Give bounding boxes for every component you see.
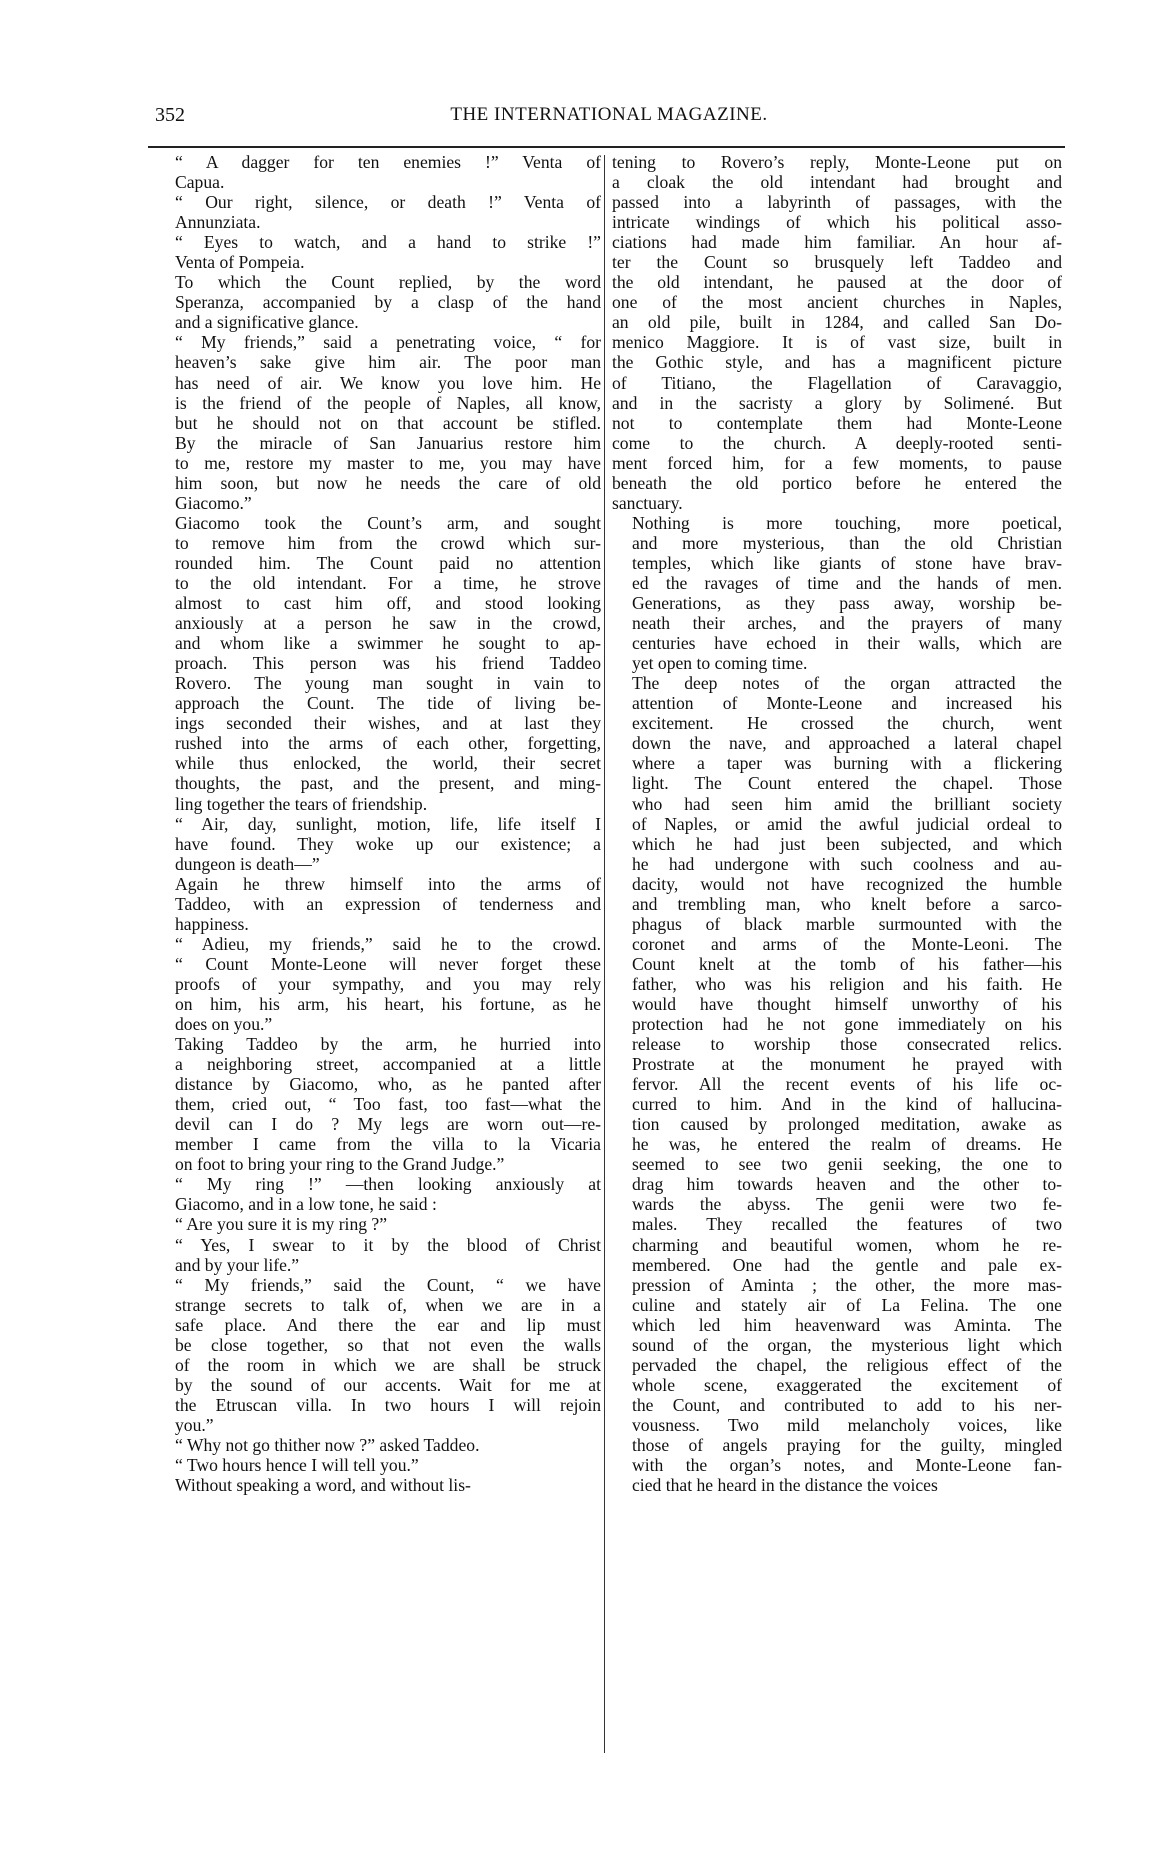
text-line: Generations, as they pass away, worship … [612,593,1062,613]
text-line: Annunziata. [155,212,601,232]
text-line: a neighboring street, accompanied at a l… [155,1054,601,1074]
text-line: of Titiano, the Flagellation of Caravagg… [612,373,1062,393]
text-line: of the room in which we are shall be str… [155,1355,601,1375]
text-line: and a significative glance. [155,312,601,332]
text-line: is the friend of the people of Naples, a… [155,393,601,413]
text-line: the Count, and contributed to add to his… [612,1395,1062,1415]
paragraph: The deep notes of the organ attracted th… [612,673,1062,1495]
text-line: The deep notes of the organ attracted th… [612,673,1062,693]
paragraph: “ Adieu, my friends,” said he to the cro… [155,934,601,1034]
text-line: ling together the tears of friendship. [155,794,601,814]
text-line: almost to cast him off, and stood lookin… [155,593,601,613]
text-line: seemed to see two genii seeking, the one… [612,1154,1062,1174]
text-line: “ Count Monte-Leone will never forget th… [155,954,601,974]
text-line: and by your life.” [155,1255,601,1275]
text-line: temples, which like giants of stone have… [612,553,1062,573]
text-line: down the nave, and approached a lateral … [612,733,1062,753]
text-line: to the old intendant. For a time, he str… [155,573,601,593]
text-line: and more mysterious, than the old Christ… [612,533,1062,553]
text-line: an old pile, built in 1284, and called S… [612,312,1062,332]
text-line: proofs of your sympathy, and you may rel… [155,974,601,994]
text-line: tion caused by prolonged meditation, awa… [612,1114,1062,1134]
text-line: and whom like a swimmer he sought to ap- [155,633,601,653]
paragraph: “ A dagger for ten enemies !” Venta ofCa… [155,152,601,192]
text-line: safe place. And there the ear and lip mu… [155,1315,601,1335]
text-line: pression of Aminta ; the other, the more… [612,1275,1062,1295]
text-line: phagus of black marble surmounted with t… [612,914,1062,934]
text-line: anxiously at a person he saw in the crow… [155,613,601,633]
text-line: approach the Count. The tide of living b… [155,693,601,713]
text-line: heaven’s sake give him air. The poor man [155,352,601,372]
text-line: Venta of Pompeia. [155,252,601,272]
text-line: of Naples, or amid the awful judicial or… [612,814,1062,834]
text-line: Giacomo, and in a low tone, he said : [155,1194,601,1214]
text-line: he had undergone with such coolness and … [612,854,1062,874]
text-line: where a taper was burning with a flicker… [612,753,1062,773]
text-line: tening to Rovero’s reply, Monte-Leone pu… [612,152,1062,172]
text-line: but he should not on that account be sti… [155,413,601,433]
text-line: membered. One had the gentle and pale ex… [612,1255,1062,1275]
text-line: intricate windings of which his politica… [612,212,1062,232]
text-line: strange secrets to talk of, when we are … [155,1295,601,1315]
text-line: have found. They woke up our existence; … [155,834,601,854]
text-line: happiness. [155,914,601,934]
text-line: Speranza, accompanied by a clasp of the … [155,292,601,312]
text-line: “ Yes, I swear to it by the blood of Chr… [155,1235,601,1255]
text-line: proach. This person was his friend Tadde… [155,653,601,673]
text-line: To which the Count replied, by the word [155,272,601,292]
text-line: beneath the old portico before he entere… [612,473,1062,493]
text-line: on him, his arm, his heart, his fortune,… [155,994,601,1014]
paragraph: Again he threw himself into the arms ofT… [155,874,601,934]
paragraph: “ My friends,” said the Count, “ we have… [155,1275,601,1435]
text-line: coronet and arms of the Monte-Leoni. The [612,934,1062,954]
text-line: those of angels praying for the guilty, … [612,1435,1062,1455]
text-line: Taddeo, with an expression of tenderness… [155,894,601,914]
text-line: Count knelt at the tomb of his father—hi… [612,954,1062,974]
text-line: the old intendant, he paused at the door… [612,272,1062,292]
text-line: excitement. He crossed the church, went [612,713,1062,733]
text-line: Prostrate at the monument he prayed with [612,1054,1062,1074]
text-line: ed the ravages of time and the hands of … [612,573,1062,593]
column-divider [604,155,605,1753]
text-line: he was, he entered the realm of dreams. … [612,1134,1062,1154]
text-line: not to contemplate them had Monte-Leone [612,413,1062,433]
text-line: “ My friends,” said a penetrating voice,… [155,332,601,352]
text-line: whole scene, exaggerated the excitement … [612,1375,1062,1395]
paragraph: “ Are you sure it is my ring ?” [155,1214,601,1234]
paragraph: tening to Rovero’s reply, Monte-Leone pu… [612,152,1062,513]
right-column: tening to Rovero’s reply, Monte-Leone pu… [612,152,1062,1495]
text-line: devil can I do ? My legs are worn out—re… [155,1114,601,1134]
text-line: thoughts, the past, and the present, and… [155,773,601,793]
text-line: who had seen him amid the brilliant soci… [612,794,1062,814]
text-line: menico Maggiore. It is of vast size, bui… [612,332,1062,352]
text-line: one of the most ancient churches in Napl… [612,292,1062,312]
text-line: “ Are you sure it is my ring ?” [155,1214,601,1234]
text-line: by the sound of our accents. Wait for me… [155,1375,601,1395]
paragraph: Taking Taddeo by the arm, he hurried int… [155,1034,601,1174]
paragraph: Nothing is more touching, more poetical,… [612,513,1062,673]
text-line: rounded him. The Count paid no attention [155,553,601,573]
text-line: on foot to bring your ring to the Grand … [155,1154,601,1174]
text-line: distance by Giacomo, who, as he panted a… [155,1074,601,1094]
text-line: cied that he heard in the distance the v… [612,1475,1062,1495]
text-line: sound of the organ, the mysterious light… [612,1335,1062,1355]
magazine-title: THE INTERNATIONAL MAGAZINE. [155,104,1063,126]
text-line: to remove him from the crowd which sur- [155,533,601,553]
text-line: ter the Count so brusquely left Taddeo a… [612,252,1062,272]
paragraph: “ Eyes to watch, and a hand to strike !”… [155,232,601,272]
text-line: light. The Count entered the chapel. Tho… [612,773,1062,793]
text-line: be close together, so that not even the … [155,1335,601,1355]
text-line: Nothing is more touching, more poetical, [612,513,1062,533]
text-line: charming and beautiful women, whom he re… [612,1235,1062,1255]
text-line: attention of Monte-Leone and increased h… [612,693,1062,713]
text-line: By the miracle of San Januarius restore … [155,433,601,453]
paragraph: To which the Count replied, by the wordS… [155,272,601,332]
running-head: 352 THE INTERNATIONAL MAGAZINE. [155,104,1063,130]
text-line: culine and stately air of La Felina. The… [612,1295,1062,1315]
paragraph: “ Why not go thither now ?” asked Taddeo… [155,1435,601,1455]
text-line: “ A dagger for ten enemies !” Venta of [155,152,601,172]
text-line: and in the sacristy a glory by Solimené.… [612,393,1062,413]
text-line: Rovero. The young man sought in vain to [155,673,601,693]
text-line: to me, restore my master to me, you may … [155,453,601,473]
text-line: sanctuary. [612,493,1062,513]
text-line: Giacomo took the Count’s arm, and sought [155,513,601,533]
text-line: passed into a labyrinth of passages, wit… [612,192,1062,212]
text-line: him soon, but now he needs the care of o… [155,473,601,493]
text-line: drag him towards heaven and the other to… [612,1174,1062,1194]
magazine-page: 352 THE INTERNATIONAL MAGAZINE. “ A dagg… [0,0,1176,1850]
header-rule [148,146,1065,148]
text-line: dacity, would not have recognized the hu… [612,874,1062,894]
text-line: ment forced him, for a few moments, to p… [612,453,1062,473]
paragraph: “ Yes, I swear to it by the blood of Chr… [155,1235,601,1275]
text-line: which he had just been subjected, and wh… [612,834,1062,854]
text-line: Giacomo.” [155,493,601,513]
text-line: rushed into the arms of each other, forg… [155,733,601,753]
text-line: curred to him. And in the kind of halluc… [612,1094,1062,1114]
text-line: “ Two hours hence I will tell you.” [155,1455,601,1475]
text-line: father, who was his religion and his fai… [612,974,1062,994]
text-line: them, cried out, “ Too fast, too fast—wh… [155,1094,601,1114]
text-line: wards the abyss. The genii were two fe- [612,1194,1062,1214]
text-line: “ Air, day, sunlight, motion, life, life… [155,814,601,834]
text-line: “ Our right, silence, or death !” Venta … [155,192,601,212]
paragraph: “ Two hours hence I will tell you.” [155,1455,601,1475]
text-line: with the organ’s notes, and Monte-Leone … [612,1455,1062,1475]
paragraph: “ My friends,” said a penetrating voice,… [155,332,601,512]
text-line: dungeon is death—” [155,854,601,874]
paragraph: Without speaking a word, and without lis… [155,1475,601,1495]
text-line: centuries have echoed in their walls, wh… [612,633,1062,653]
left-column: “ A dagger for ten enemies !” Venta ofCa… [155,152,601,1495]
text-line: neath their arches, and the prayers of m… [612,613,1062,633]
text-line: would have thought himself unworthy of h… [612,994,1062,1014]
text-line: ciations had made him familiar. An hour … [612,232,1062,252]
paragraph: “ Our right, silence, or death !” Venta … [155,192,601,232]
text-line: vousness. Two mild melancholy voices, li… [612,1415,1062,1435]
paragraph: Giacomo took the Count’s arm, and sought… [155,513,601,814]
paragraph: “ Air, day, sunlight, motion, life, life… [155,814,601,874]
text-line: fervor. All the recent events of his lif… [612,1074,1062,1094]
text-line: “ My ring !” —then looking anxiously at [155,1174,601,1194]
text-line: a cloak the old intendant had brought an… [612,172,1062,192]
text-line: the Gothic style, and has a magnificent … [612,352,1062,372]
text-line: the Etruscan villa. In two hours I will … [155,1395,601,1415]
text-line: ings seconded their wishes, and at last … [155,713,601,733]
text-line: “ Adieu, my friends,” said he to the cro… [155,934,601,954]
text-line: “ Eyes to watch, and a hand to strike !” [155,232,601,252]
paragraph: “ My ring !” —then looking anxiously atG… [155,1174,601,1214]
text-line: does on you.” [155,1014,601,1034]
text-line: “ Why not go thither now ?” asked Taddeo… [155,1435,601,1455]
text-line: protection had he not gone immediately o… [612,1014,1062,1034]
text-line: Without speaking a word, and without lis… [155,1475,601,1495]
text-line: come to the church. A deeply-rooted sent… [612,433,1062,453]
text-line: you.” [155,1415,601,1435]
text-line: Capua. [155,172,601,192]
text-line: release to worship those consecrated rel… [612,1034,1062,1054]
text-line: which led him heavenward was Aminta. The [612,1315,1062,1335]
text-line: while thus enlocked, the world, their se… [155,753,601,773]
text-line: and trembling man, who knelt before a sa… [612,894,1062,914]
text-line: “ My friends,” said the Count, “ we have [155,1275,601,1295]
text-line: member I came from the villa to la Vicar… [155,1134,601,1154]
text-line: males. They recalled the features of two [612,1214,1062,1234]
text-line: has need of air. We know you love him. H… [155,373,601,393]
text-line: yet open to coming time. [612,653,1062,673]
text-line: Again he threw himself into the arms of [155,874,601,894]
text-line: pervaded the chapel, the religious effec… [612,1355,1062,1375]
text-line: Taking Taddeo by the arm, he hurried int… [155,1034,601,1054]
